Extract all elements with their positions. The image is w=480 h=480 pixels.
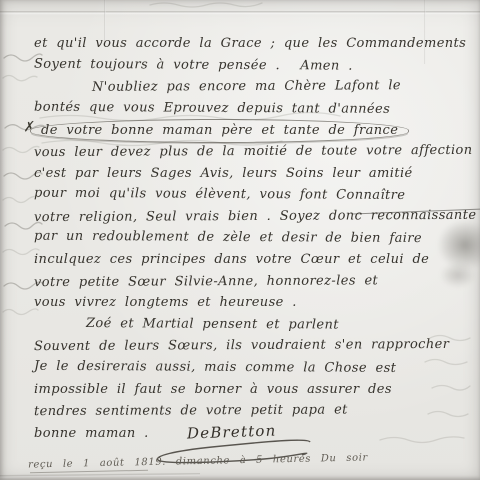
closing-text: bonne maman . [34, 426, 149, 441]
circle-annotation: de votre bonne maman père et tante de fr… [30, 119, 409, 143]
letter-line: vous leur devez plus de la moitié de tou… [34, 140, 466, 164]
letter-line: pour moi qu'ils vous élèvent, vous font … [34, 183, 466, 207]
letter-line: c'est par leurs Sages Avis, leurs Soins … [34, 163, 466, 185]
letter-line: Je le desirerais aussi, mais comme la Ch… [34, 356, 466, 380]
letter-line: N'oubliez pas encore ma Chère Lafont le [34, 75, 466, 99]
letter-line: Zoé et Martial pensent et parlent [34, 312, 466, 336]
letter-line: impossible il faut se borner à vous assu… [34, 379, 466, 401]
letter-line: votre petite Sœur Silvie-Anne, honnorez-… [34, 269, 466, 293]
letter-line: inculquez ces principes dans votre Cœur … [34, 249, 466, 271]
letter-line: Souvent de leurs Sœurs, ils voudraient s… [34, 334, 466, 358]
letter-line: votre religion, Seul vrais bien . Soyez … [34, 205, 466, 229]
letter-line: tendres sentiments de votre petit papa e… [34, 399, 466, 423]
letter-line: et qu'il vous accorde la Grace ; que les… [34, 33, 466, 55]
letter-line: par un redoublement de zèle et desir de … [34, 226, 466, 250]
letter-body: et qu'il vous accorde la Grace ; que les… [34, 33, 466, 443]
letter-line: vous vivrez longtems et heureuse . [34, 292, 466, 314]
scanned-letter-page: ✗ et qu'il vous accorde la Grace ; que l… [0, 0, 480, 480]
letter-line: Soyent toujours à votre pensée . Amen . [34, 53, 466, 77]
letter-line-circled: de votre bonne maman père et tante de fr… [34, 119, 466, 141]
letter-line: bontés que vous Eprouvez depuis tant d'a… [34, 96, 466, 120]
